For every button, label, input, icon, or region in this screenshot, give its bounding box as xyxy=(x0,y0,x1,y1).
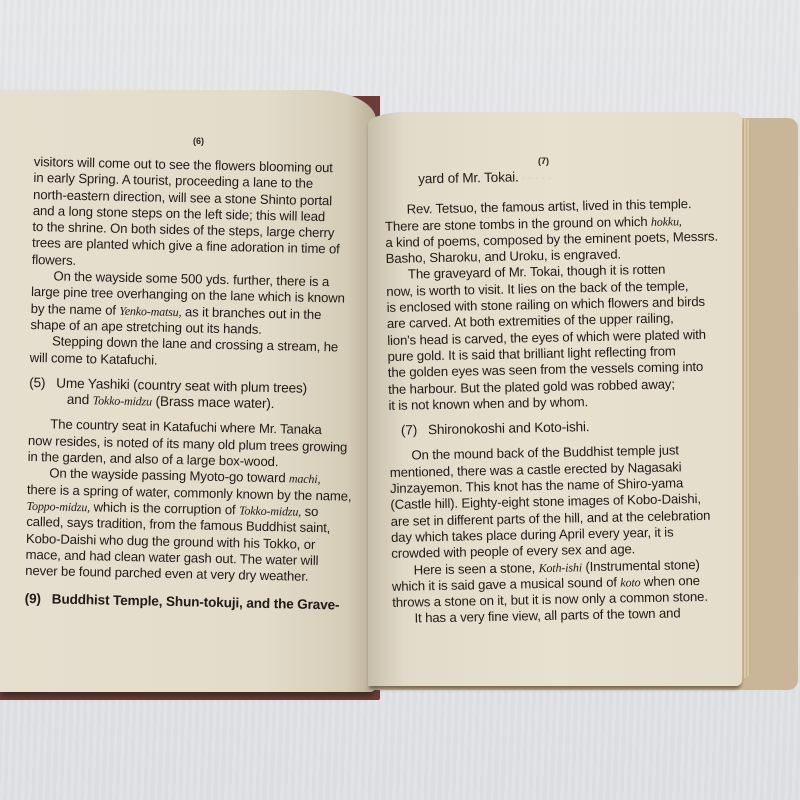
italic-term: Yenko-matsu, xyxy=(119,303,181,318)
italic-term: koto xyxy=(620,575,640,589)
left-page-text: visitors will come out to see the flower… xyxy=(24,154,353,614)
text-fragment: by the name of xyxy=(31,301,116,318)
section-title: Shironokoshi and Koto-ishi. xyxy=(428,419,590,437)
text-fragment: and xyxy=(67,392,90,407)
section-number: (7) xyxy=(401,423,417,438)
italic-term: Koth-ishi xyxy=(538,560,582,575)
text-fragment: when one xyxy=(644,573,700,589)
italic-term: machi, xyxy=(289,472,321,487)
open-book: . . . . . . . . . . . . . . . . . . . . … xyxy=(0,0,800,800)
text-fragment: (Instrumental stone) xyxy=(585,557,700,574)
text-fragment: Here is seen a stone, xyxy=(413,560,535,577)
page-number-left: (6) xyxy=(193,136,204,146)
italic-term: hokku, xyxy=(651,214,682,229)
right-page-text: yard of Mr. Tokai. Rev. Tetsuo, the famo… xyxy=(384,165,745,627)
text-fragment: so xyxy=(304,504,318,519)
section-number: (9) xyxy=(25,591,41,606)
page-number-right: (7) xyxy=(538,156,549,166)
text-fragment: (Brass mace water). xyxy=(155,394,274,411)
italic-term: Tokko-midzu, xyxy=(239,503,301,518)
text-fragment: as it branches out in the xyxy=(185,304,322,322)
text-fragment: which is the corruption of xyxy=(93,499,235,517)
section-number: (5) xyxy=(29,375,45,390)
italic-term: Tokko-midzu xyxy=(93,393,153,408)
italic-term: Toppo-midzu, xyxy=(26,499,90,514)
